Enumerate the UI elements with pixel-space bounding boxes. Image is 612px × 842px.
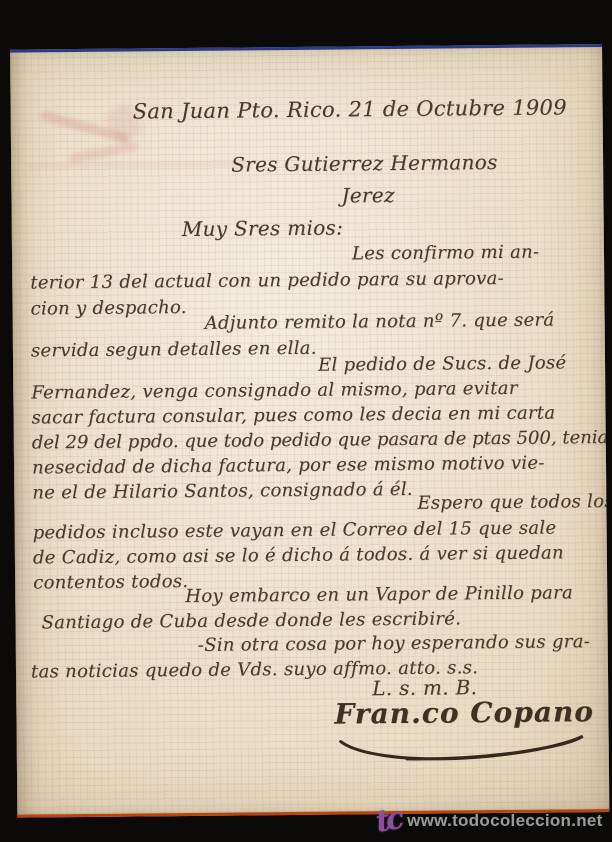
recipient-city: Jerez bbox=[341, 183, 395, 208]
body-line: terior 13 del actual con un pedido para … bbox=[30, 268, 504, 294]
body-line: sacar factura consular, pues como les de… bbox=[31, 402, 555, 428]
ink-showthrough-mark bbox=[27, 162, 252, 167]
body-line: -Sin otra cosa por hoy esperando sus gra… bbox=[198, 631, 591, 656]
body-line: ne el de Hilario Santos, consignado á él… bbox=[32, 479, 413, 504]
body-line: pedidos incluso este vayan en el Correo … bbox=[33, 517, 557, 543]
date-line: San Juan Pto. Rico. 21 de Octubre 1909 bbox=[133, 95, 567, 123]
body-line: Adjunto remito la nota nº 7. que será bbox=[205, 309, 555, 333]
body-line: de Cadiz, como asi se lo é dicho á todos… bbox=[33, 542, 564, 568]
body-line: contentos todos. bbox=[33, 571, 188, 593]
todocoleccion-logo-icon: tc bbox=[374, 804, 403, 838]
body-line: Les confirmo mi an- bbox=[352, 242, 540, 265]
ink-showthrough-mark bbox=[69, 141, 139, 163]
body-line: Fernandez, venga consignado al mismo, pa… bbox=[31, 378, 518, 404]
body-line: El pedido de Sucs. de José bbox=[318, 352, 567, 375]
watermark-url: www.todocoleccion.net bbox=[407, 811, 603, 831]
body-line: servida segun detalles en ella. bbox=[31, 338, 317, 362]
body-line: Santiago de Cuba desde donde les escribi… bbox=[41, 608, 461, 633]
salutation: Muy Sres mios: bbox=[182, 215, 344, 241]
letter-paper: San Juan Pto. Rico. 21 de Octubre 1909 S… bbox=[10, 44, 609, 818]
recipient-line: Sres Gutierrez Hermanos bbox=[231, 150, 498, 177]
body-line: Hoy embarco en un Vapor de Pinillo para bbox=[185, 582, 573, 607]
body-line: cion y despacho. bbox=[30, 297, 186, 319]
body-line: nesecidad de dicha factura, por ese mism… bbox=[32, 453, 545, 479]
body-line: del 29 del ppdo. que todo pedido que pas… bbox=[32, 427, 610, 454]
signature: Fran.co Copano bbox=[334, 695, 594, 730]
watermark: tc www.todocoleccion.net bbox=[376, 802, 603, 840]
signature-flourish bbox=[337, 733, 587, 763]
scanned-letter-photo: San Juan Pto. Rico. 21 de Octubre 1909 S… bbox=[0, 0, 612, 842]
body-line: Espero que todos los bbox=[417, 491, 609, 514]
